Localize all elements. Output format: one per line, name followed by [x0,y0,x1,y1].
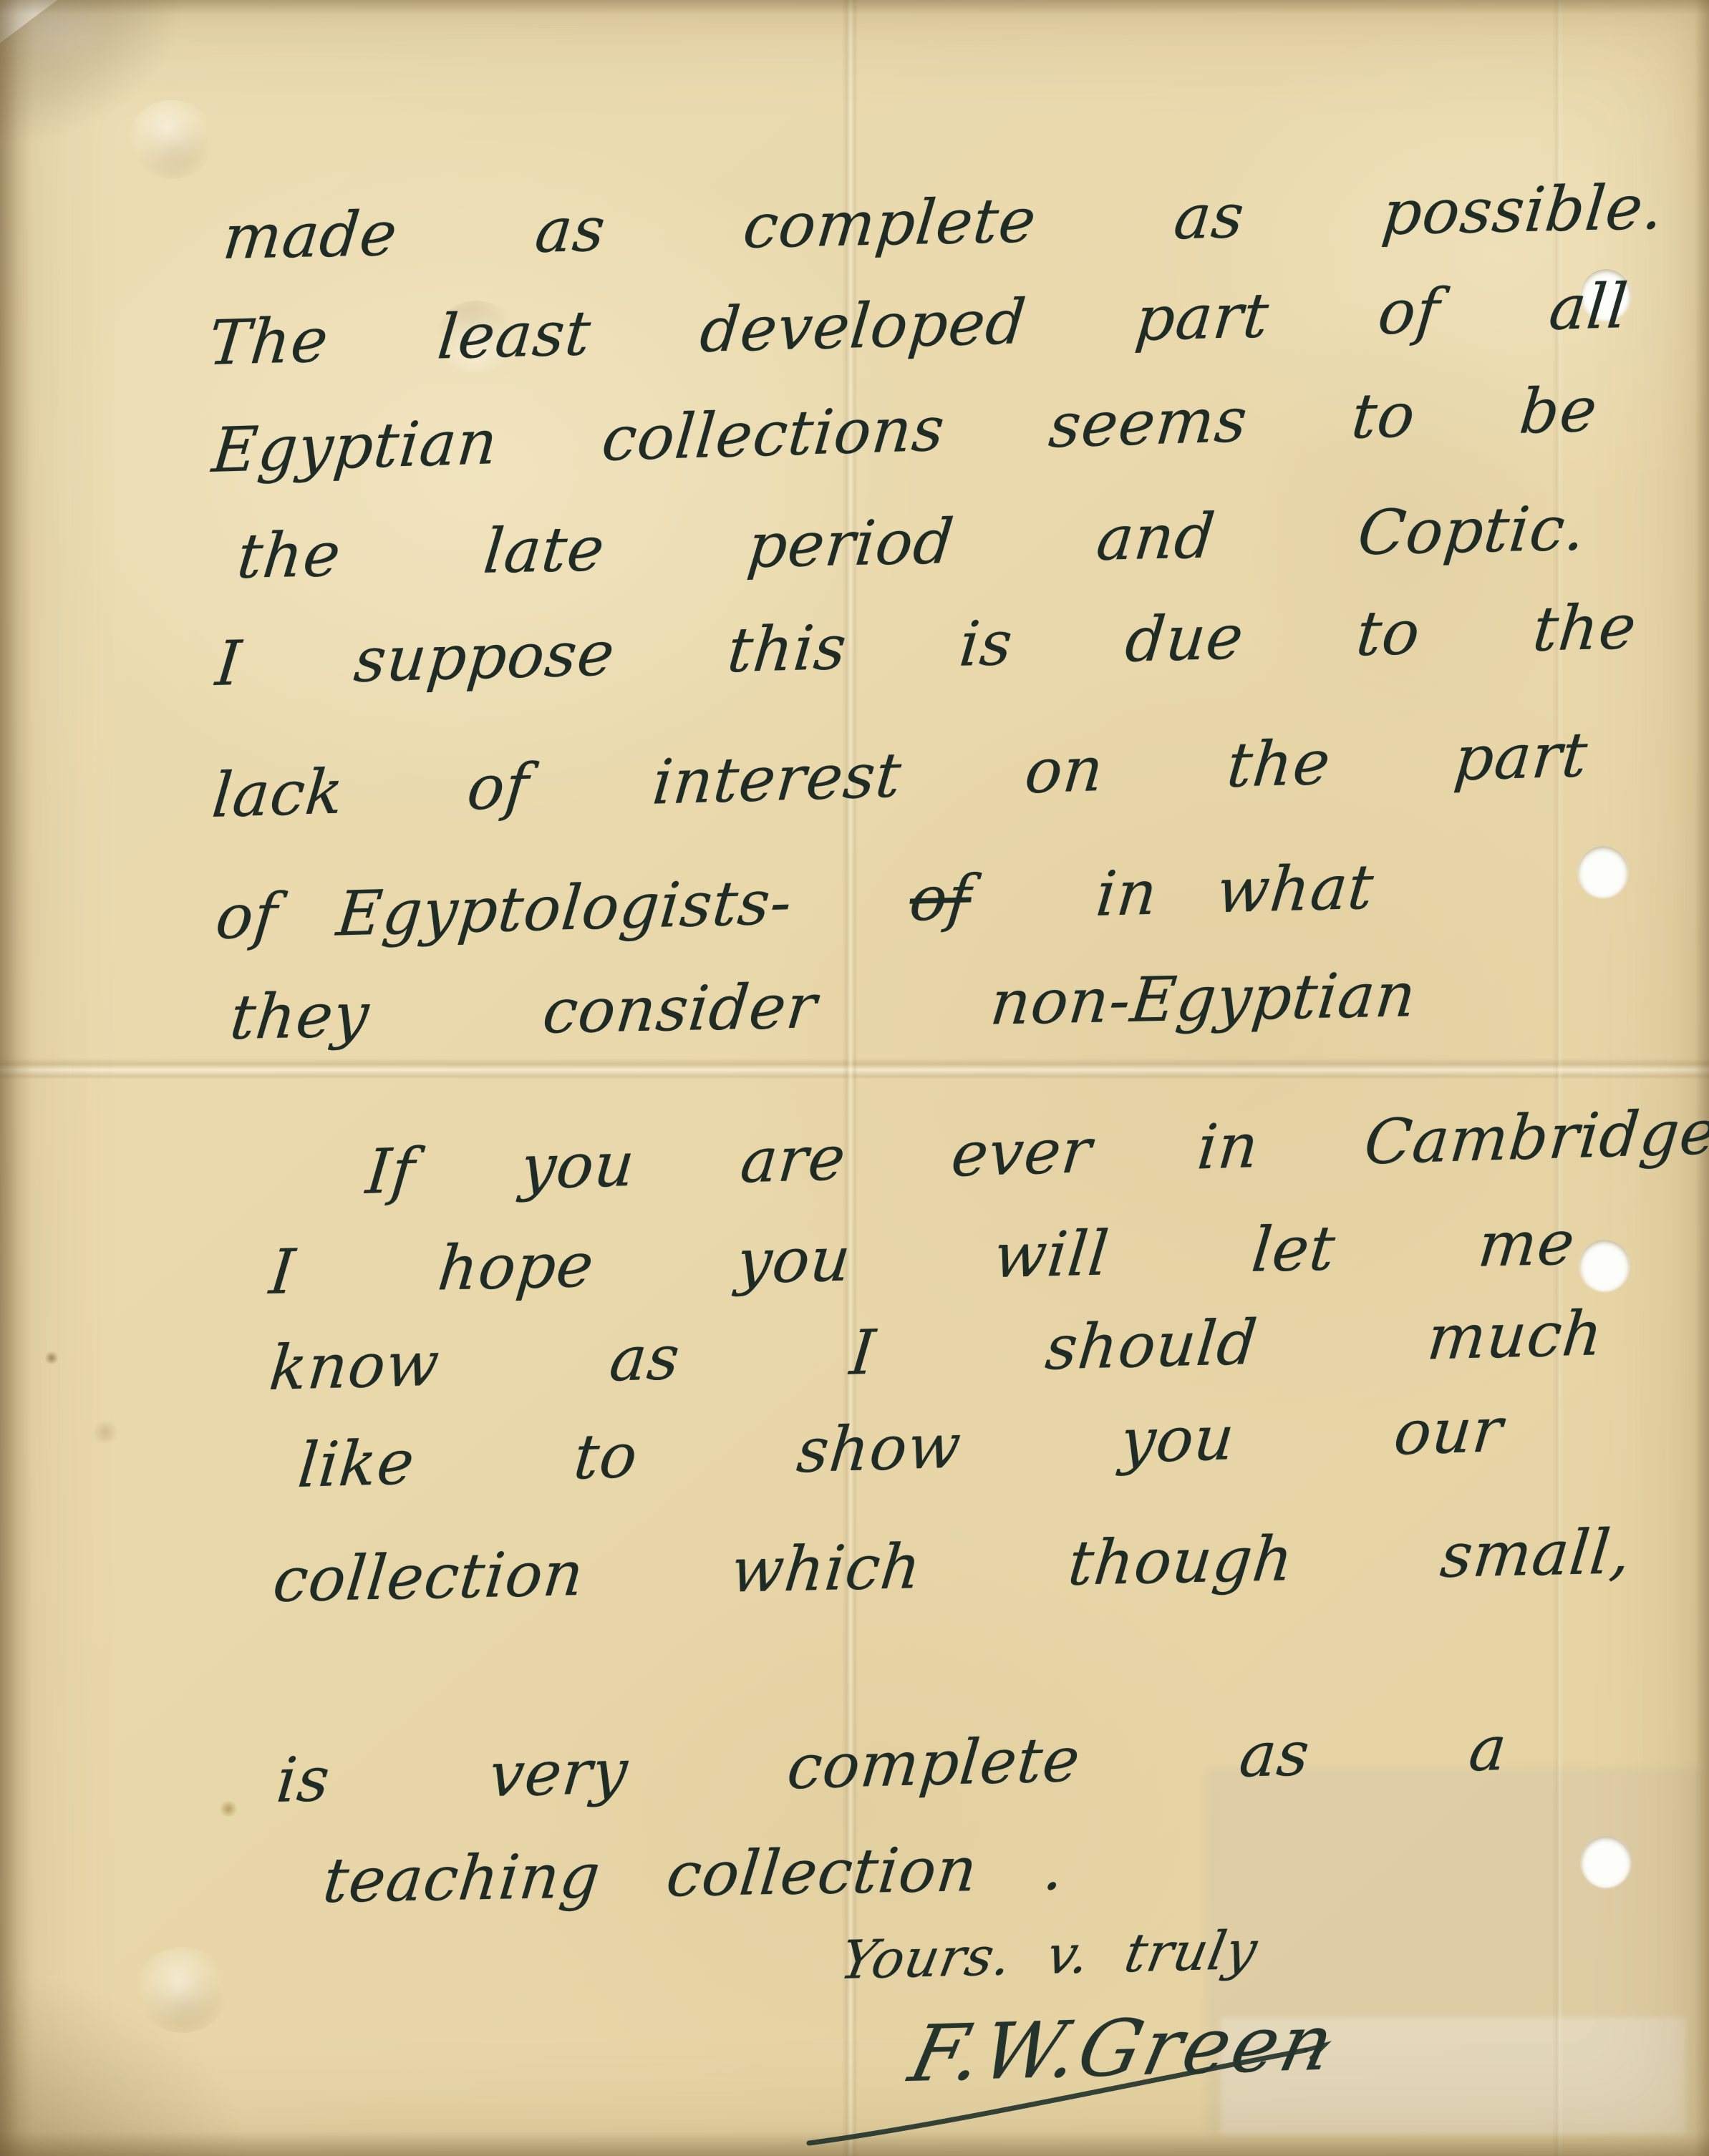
paper-edge-right [1695,0,1709,2156]
punch-hole [1578,846,1628,898]
paper-edge-top [0,0,1709,14]
paper-edge-left [0,0,33,2156]
struck-out-word: of [906,862,974,936]
line-7-text: of Egyptologists- [213,867,795,953]
line-7-text-after: in what [1093,851,1378,930]
punch-hole [1579,1240,1630,1291]
closing-line: Yours. v. truly [836,1920,1262,1992]
letter-scan: made as complete as possible. The least … [0,0,1709,2156]
punch-hole [1581,1836,1631,1888]
handwriting-line-15: teaching collection . [320,1832,1068,1917]
signature-flourish [793,2034,1337,2156]
